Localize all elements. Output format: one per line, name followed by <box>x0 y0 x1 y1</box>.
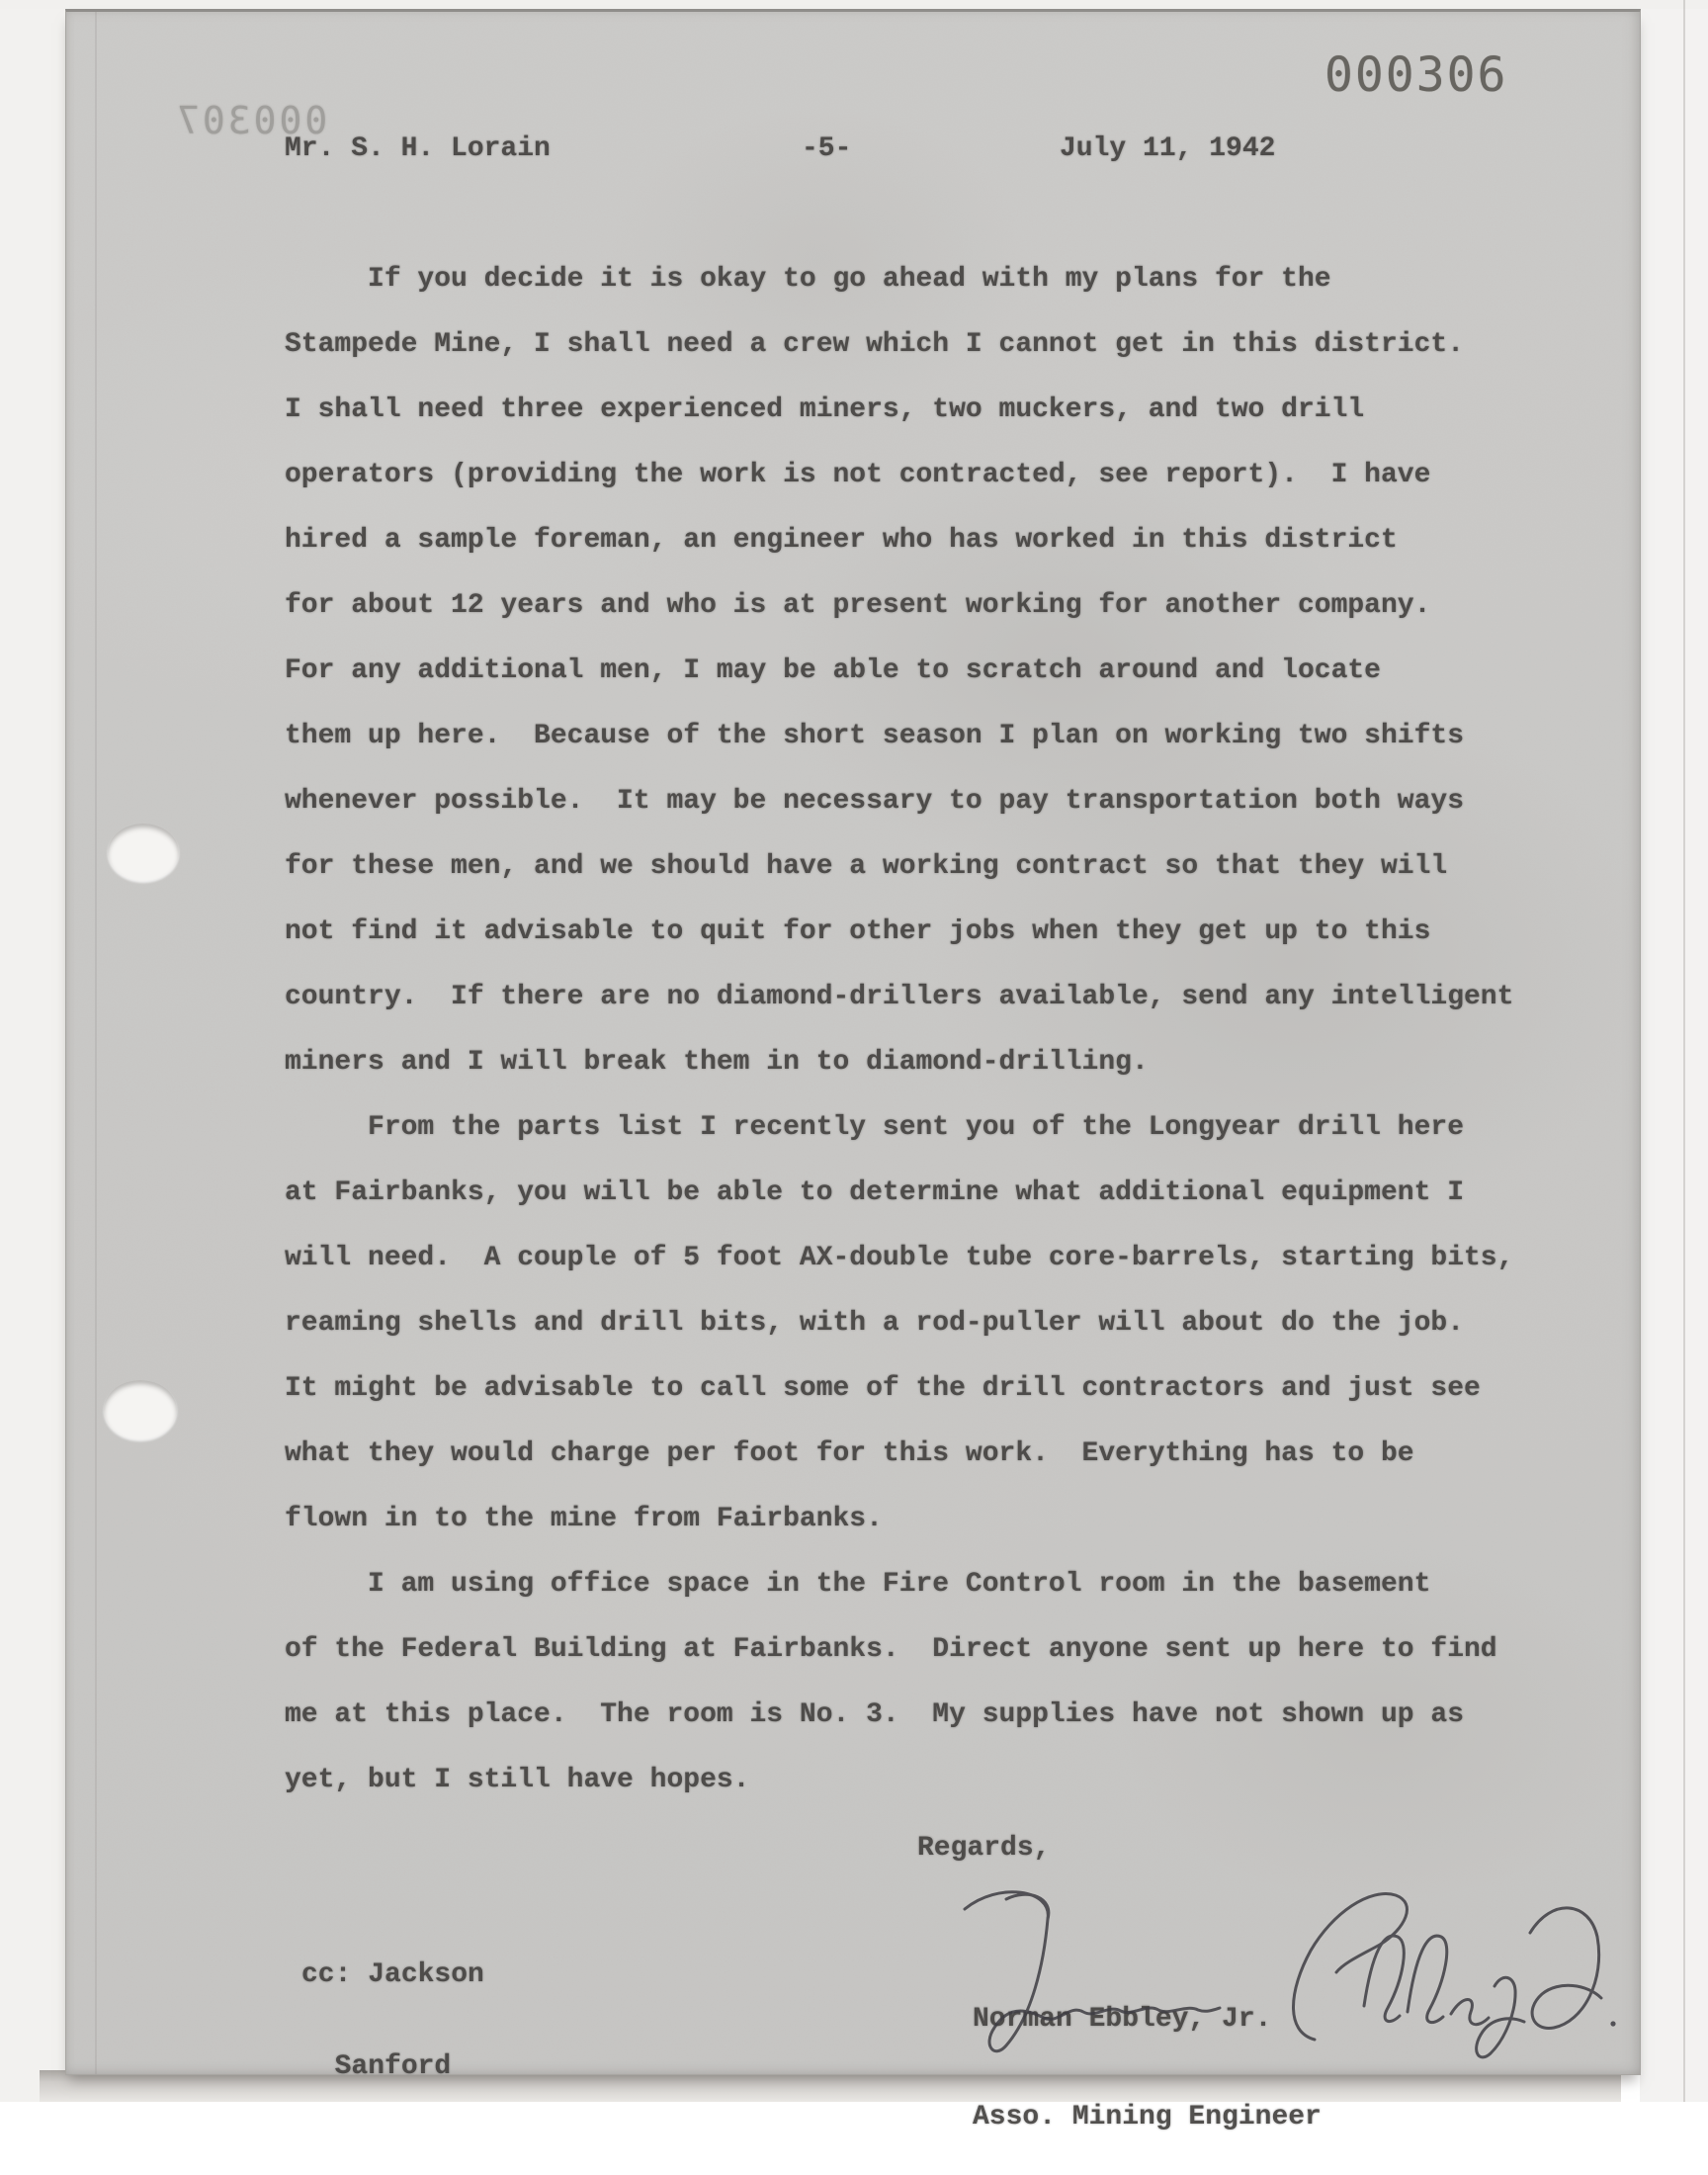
letter-body: If you decide it is okay to go ahead wit… <box>285 247 1570 1813</box>
body-line: If you decide it is okay to go ahead wit… <box>285 247 1570 312</box>
scan-seam-line <box>1683 0 1685 2102</box>
body-line: I am using office space in the Fire Cont… <box>285 1552 1570 1617</box>
body-line: will need. A couple of 5 foot AX-double … <box>285 1226 1570 1291</box>
body-line: hired a sample foreman, an engineer who … <box>285 508 1570 573</box>
body-line: country. If there are no diamond-driller… <box>285 965 1570 1030</box>
body-line: them up here. Because of the short seaso… <box>285 704 1570 769</box>
scan-margin-left <box>0 0 65 2106</box>
body-line: of the Federal Building at Fairbanks. Di… <box>285 1617 1570 1683</box>
body-line: flown in to the mine from Fairbanks. <box>285 1487 1570 1552</box>
page-number-stamp: 000306 <box>1324 47 1507 103</box>
body-line: at Fairbanks, you will be able to determ… <box>285 1161 1570 1226</box>
scan-margin-right <box>1640 0 1708 2106</box>
scan-margin-top <box>0 0 1708 9</box>
body-line: operators (providing the work is not con… <box>285 443 1570 508</box>
body-line: Stampede Mine, I shall need a crew which… <box>285 312 1570 378</box>
body-line: I shall need three experienced miners, t… <box>285 378 1570 443</box>
body-line: not find it advisable to quit for other … <box>285 900 1570 965</box>
body-line: From the parts list I recently sent you … <box>285 1095 1570 1161</box>
body-line: whenever possible. It may be necessary t… <box>285 769 1570 834</box>
body-line: It might be advisable to call some of th… <box>285 1356 1570 1422</box>
scan-margin-bottom <box>0 2102 1708 2175</box>
body-line: miners and I will break them in to diamo… <box>285 1030 1570 1095</box>
body-line: what they would charge per foot for this… <box>285 1422 1570 1487</box>
cc-line: Sanford <box>301 2051 484 2082</box>
header-date: July 11, 1942 <box>1060 134 1275 164</box>
punch-hole-bottom <box>104 1380 177 1439</box>
scanned-letter-page: { "stamps": { "right": "000306", "left_m… <box>0 0 1708 2175</box>
body-line: me at this place. The room is No. 3. My … <box>285 1683 1570 1748</box>
cc-block: cc: Jackson Sanford <box>301 1898 484 2113</box>
body-line: yet, but I still have hopes. <box>285 1748 1570 1813</box>
signed-title: Asso. Mining Engineer <box>973 2101 1322 2133</box>
body-line: for about 12 years and who is at present… <box>285 573 1570 639</box>
header-recipient: Mr. S. H. Lorain <box>285 134 551 164</box>
header-page-number: -5- <box>802 134 851 164</box>
punch-hole-top <box>108 824 179 881</box>
paper-crease-line <box>95 12 97 2074</box>
handwritten-signature <box>850 1834 1641 2081</box>
body-line: For any additional men, I may be able to… <box>285 639 1570 704</box>
body-line: for these men, and we should have a work… <box>285 834 1570 900</box>
cc-line: cc: Jackson <box>301 1959 484 1990</box>
body-line: reaming shells and drill bits, with a ro… <box>285 1291 1570 1356</box>
